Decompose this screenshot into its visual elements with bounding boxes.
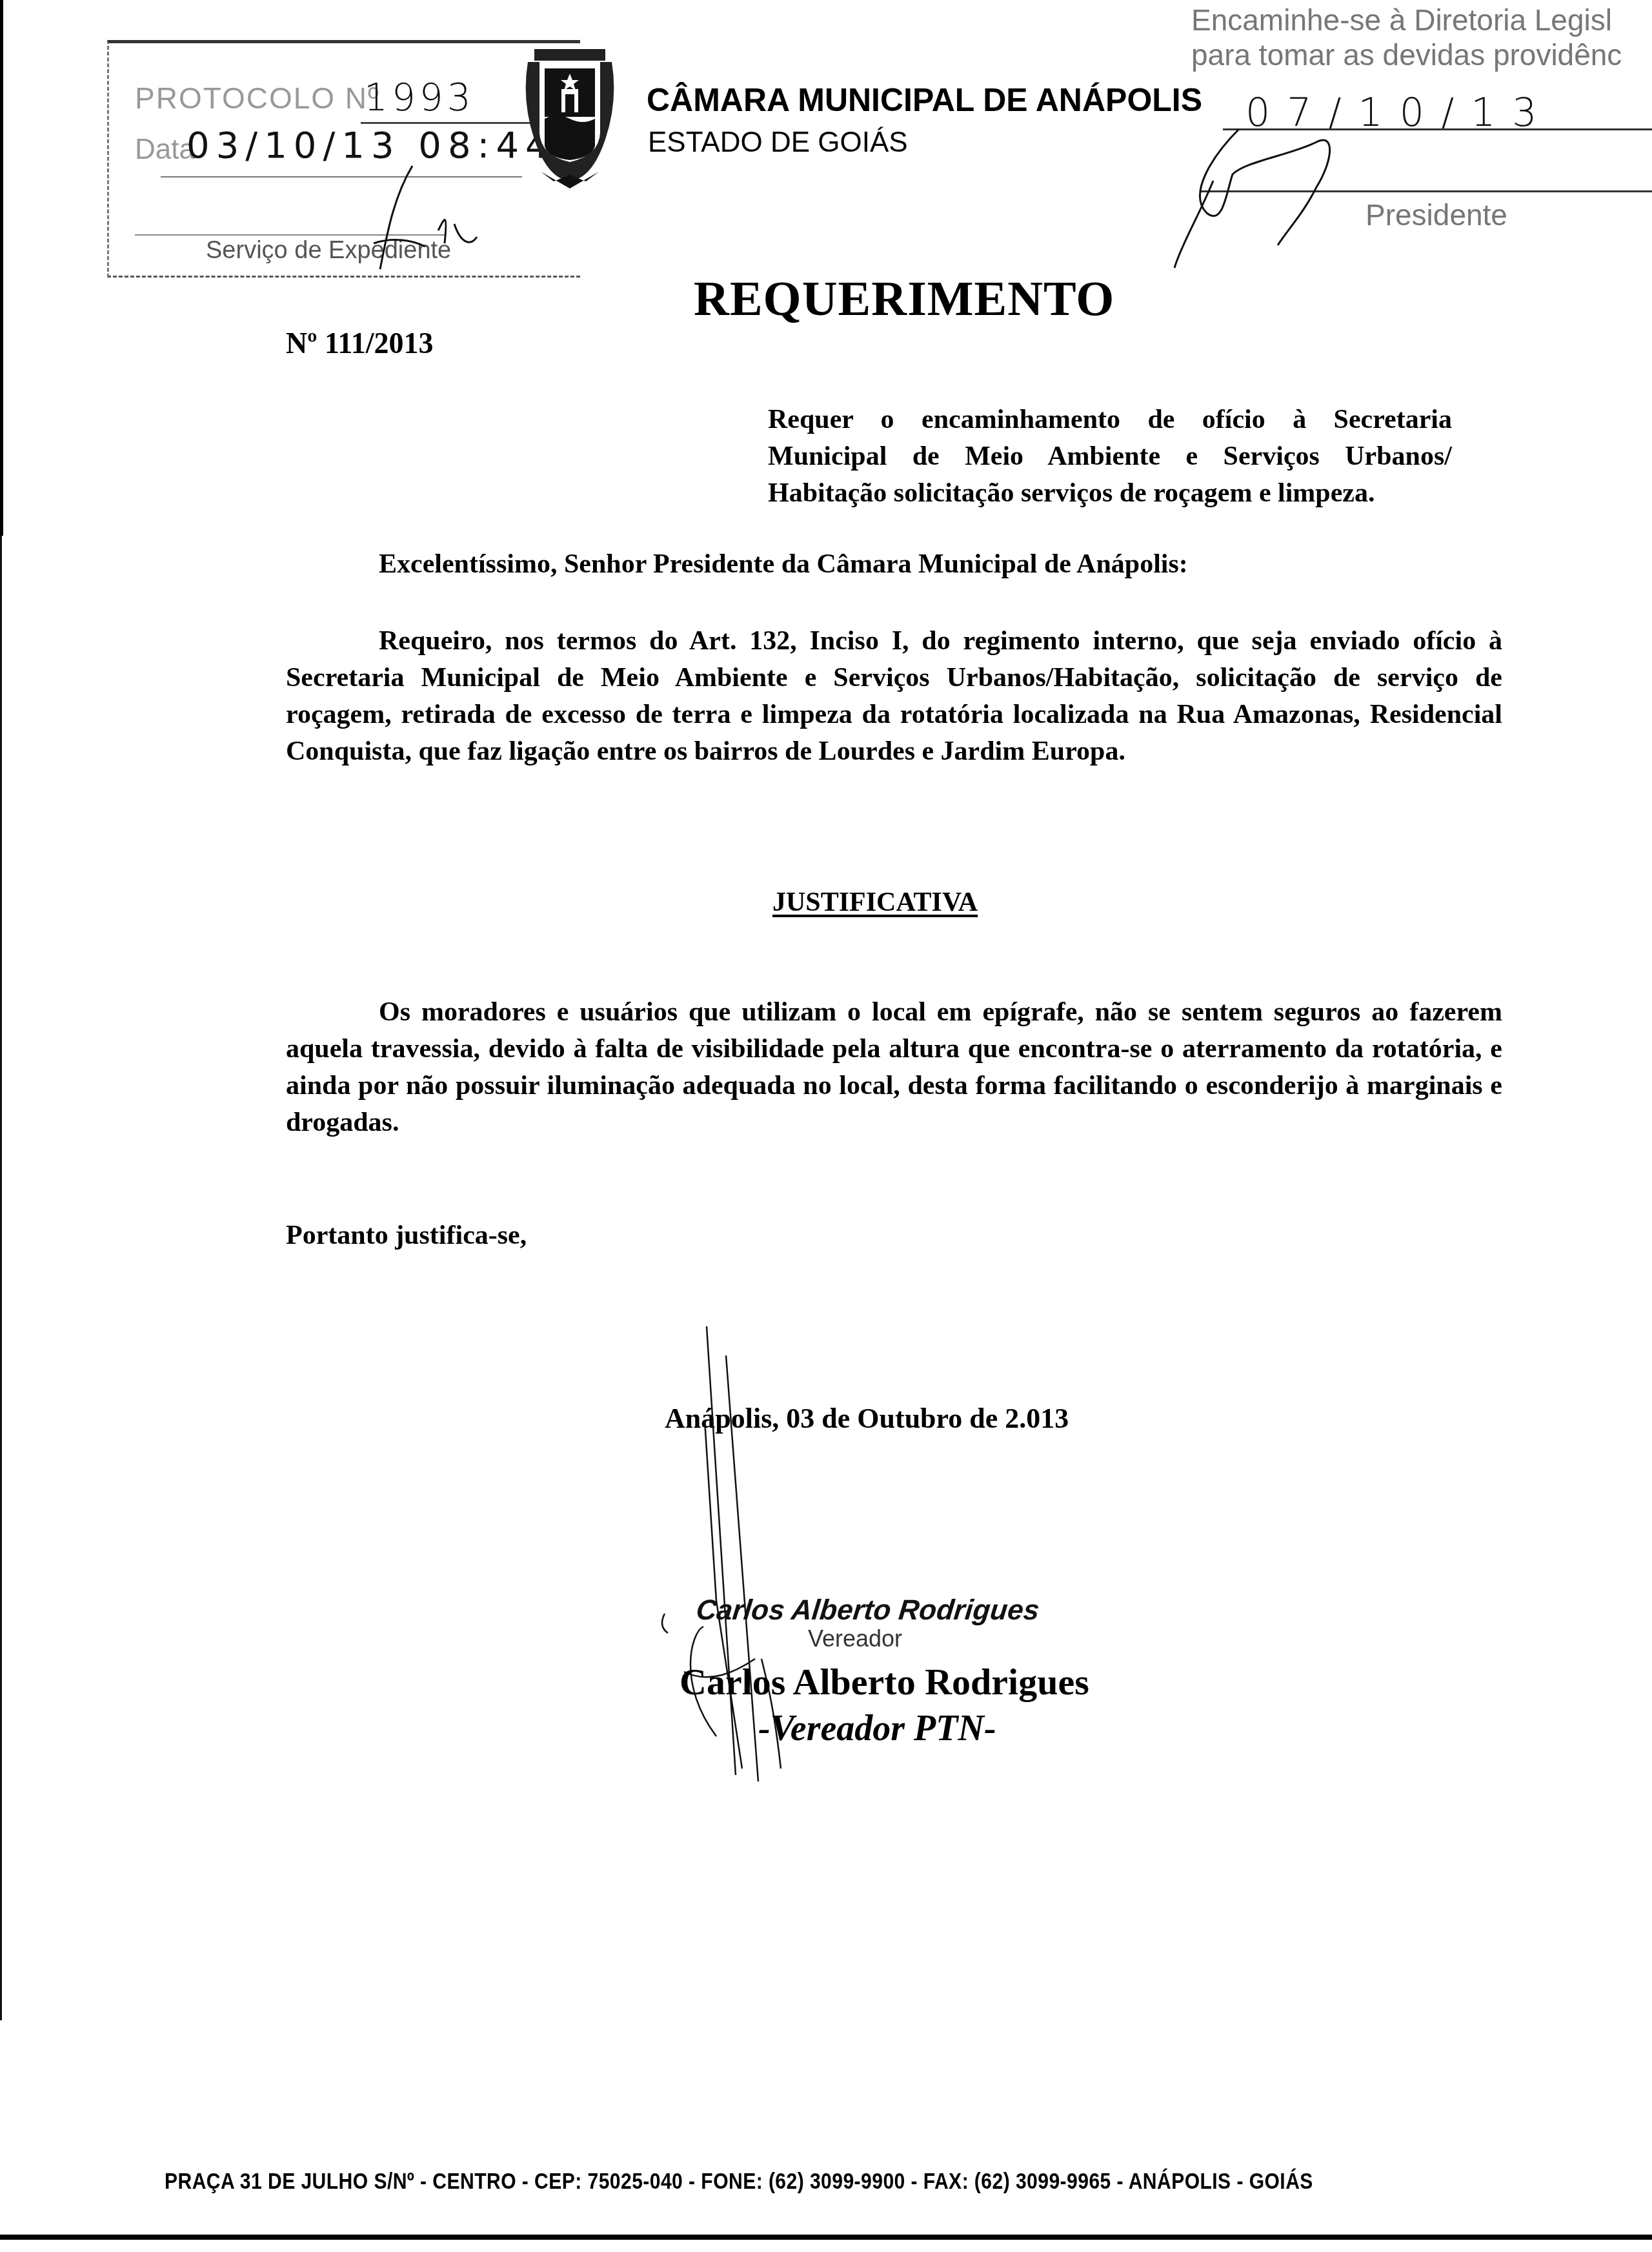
scan-edge-bottom — [0, 2235, 1652, 2240]
scan-edge-left-lower — [0, 536, 2, 2020]
document-title: REQUERIMENTO — [694, 271, 1114, 327]
justification-heading: JUSTIFICATIVA — [772, 887, 978, 918]
request-paragraph: Requeiro, nos termos do Art. 132, Inciso… — [286, 623, 1502, 770]
document-summary: Requer o encaminhamento de ofício à Secr… — [768, 401, 1452, 512]
signer-name: Carlos Alberto Rodrigues — [680, 1660, 1089, 1703]
stamp-date-label: Data — [135, 134, 195, 166]
stamp-protocol-number: 1993 — [364, 76, 475, 119]
dispatch-note-line2: para tomar as devidas providênc — [1191, 37, 1622, 72]
signature-stamp-name: Carlos Alberto Rodrigues — [694, 1594, 1041, 1627]
stamp-signature-icon — [316, 159, 522, 276]
org-subtitle: ESTADO DE GOIÁS — [648, 127, 908, 159]
protocol-stamp: PROTOCOLO Nº 1993 Data 03/10/13 08:44 Se… — [107, 40, 580, 278]
document-number: Nº 111/2013 — [286, 326, 434, 360]
justification-paragraph: Os moradores e usuários que utilizam o l… — [286, 994, 1502, 1141]
signature-stamp-role: Vereador — [808, 1625, 902, 1652]
dispatch-president-label: Presidente — [1365, 198, 1507, 232]
org-title: CÂMARA MUNICIPAL DE ANÁPOLIS — [647, 81, 1202, 119]
stamp-protocol-label: PROTOCOLO Nº — [135, 81, 380, 116]
salutation: Excelentíssimo, Senhor Presidente da Câm… — [379, 549, 1188, 580]
president-signature-icon — [1162, 116, 1394, 271]
coat-of-arms-icon — [521, 43, 618, 188]
signer-role: -Vereador PTN- — [758, 1708, 996, 1749]
scan-edge-left — [0, 0, 3, 536]
closing-text: Portanto justifica-se, — [286, 1220, 527, 1251]
footer-address: PRAÇA 31 DE JULHO S/Nº - CENTRO - CEP: 7… — [165, 2169, 1313, 2195]
dispatch-note-line1: Encaminhe-se à Diretoria Legisl — [1191, 3, 1612, 37]
